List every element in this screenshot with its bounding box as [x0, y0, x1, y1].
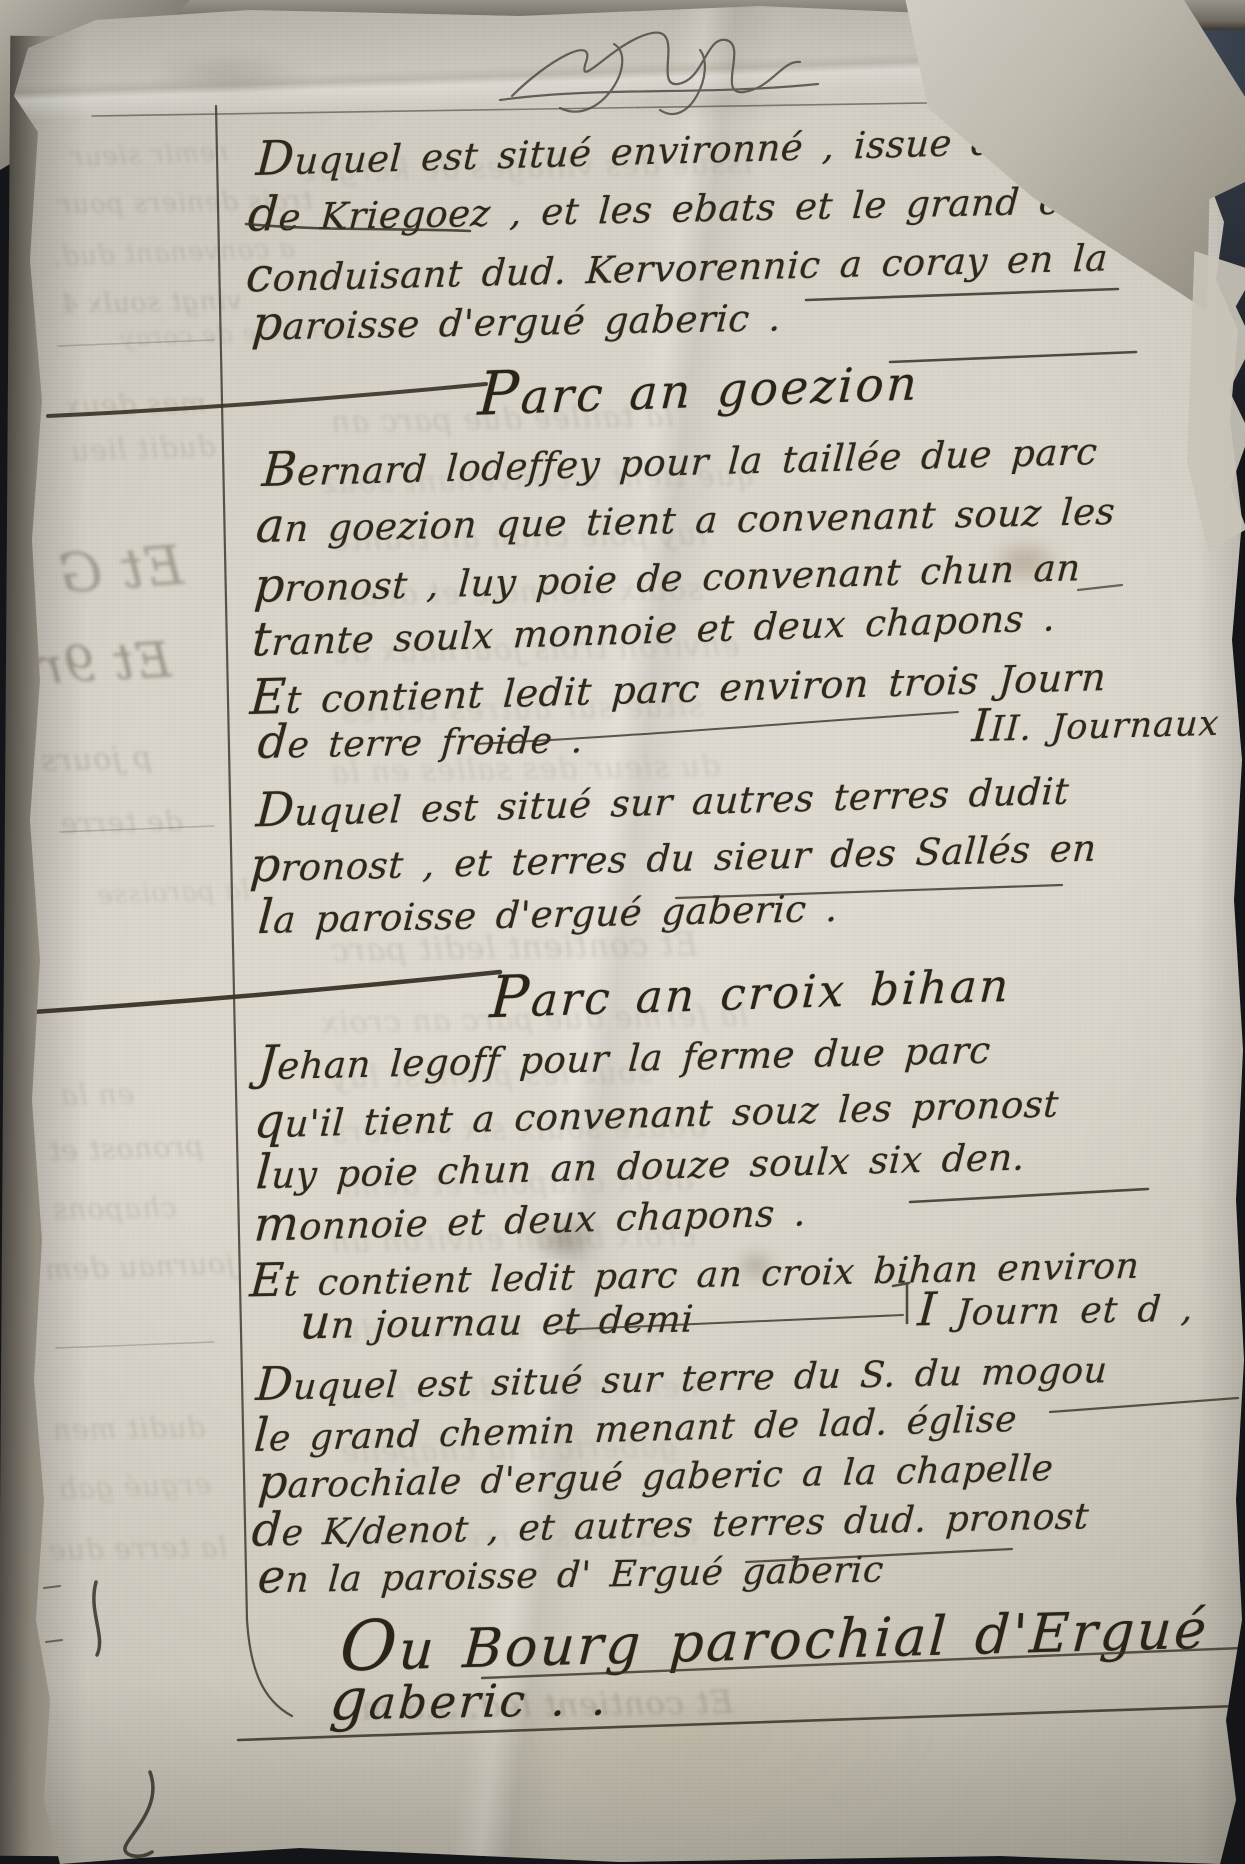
dash-after-gaberic-2 [746, 1549, 1012, 1562]
rule-to-journ-demi [556, 1315, 903, 1330]
margin-stub-3 [56, 1342, 214, 1348]
cross-stroke-heading-1 [48, 384, 486, 416]
dash-after-chapons-1 [1078, 585, 1122, 590]
paper-sheet: remir sieurtrois deniers poura convenant… [0, 0, 1245, 1864]
bottom-rule-lower [238, 1706, 1238, 1740]
ink-rules-and-flourishes [0, 0, 1245, 1864]
margin-stub-2 [60, 826, 214, 832]
cross-stroke-heading-2 [2, 972, 500, 1014]
dash-after-heading-1 [890, 352, 1136, 362]
photo-stage: remir sieurtrois deniers poura convenant… [0, 0, 1245, 1864]
binding-thread-marks [44, 1582, 153, 1856]
manuscript-photo: { "colors": { "background": "#141519", "… [0, 0, 1245, 1864]
top-frame-rule [92, 102, 988, 116]
dash-after-gaberic-1 [676, 885, 1062, 898]
margin-stub-1 [58, 340, 214, 346]
dash-after-eglise [1050, 1398, 1238, 1412]
left-margin-rule [216, 106, 292, 1716]
bottom-rule-upper [482, 1648, 1242, 1678]
underline-kriegoez [246, 224, 470, 231]
ink-paraph-flourish-icon [500, 33, 818, 114]
dash-after-paroisse [806, 289, 1118, 300]
bracket-journ [893, 1283, 909, 1323]
rule-to-journaux [476, 712, 958, 744]
dash-after-chapons-2 [910, 1189, 1148, 1202]
